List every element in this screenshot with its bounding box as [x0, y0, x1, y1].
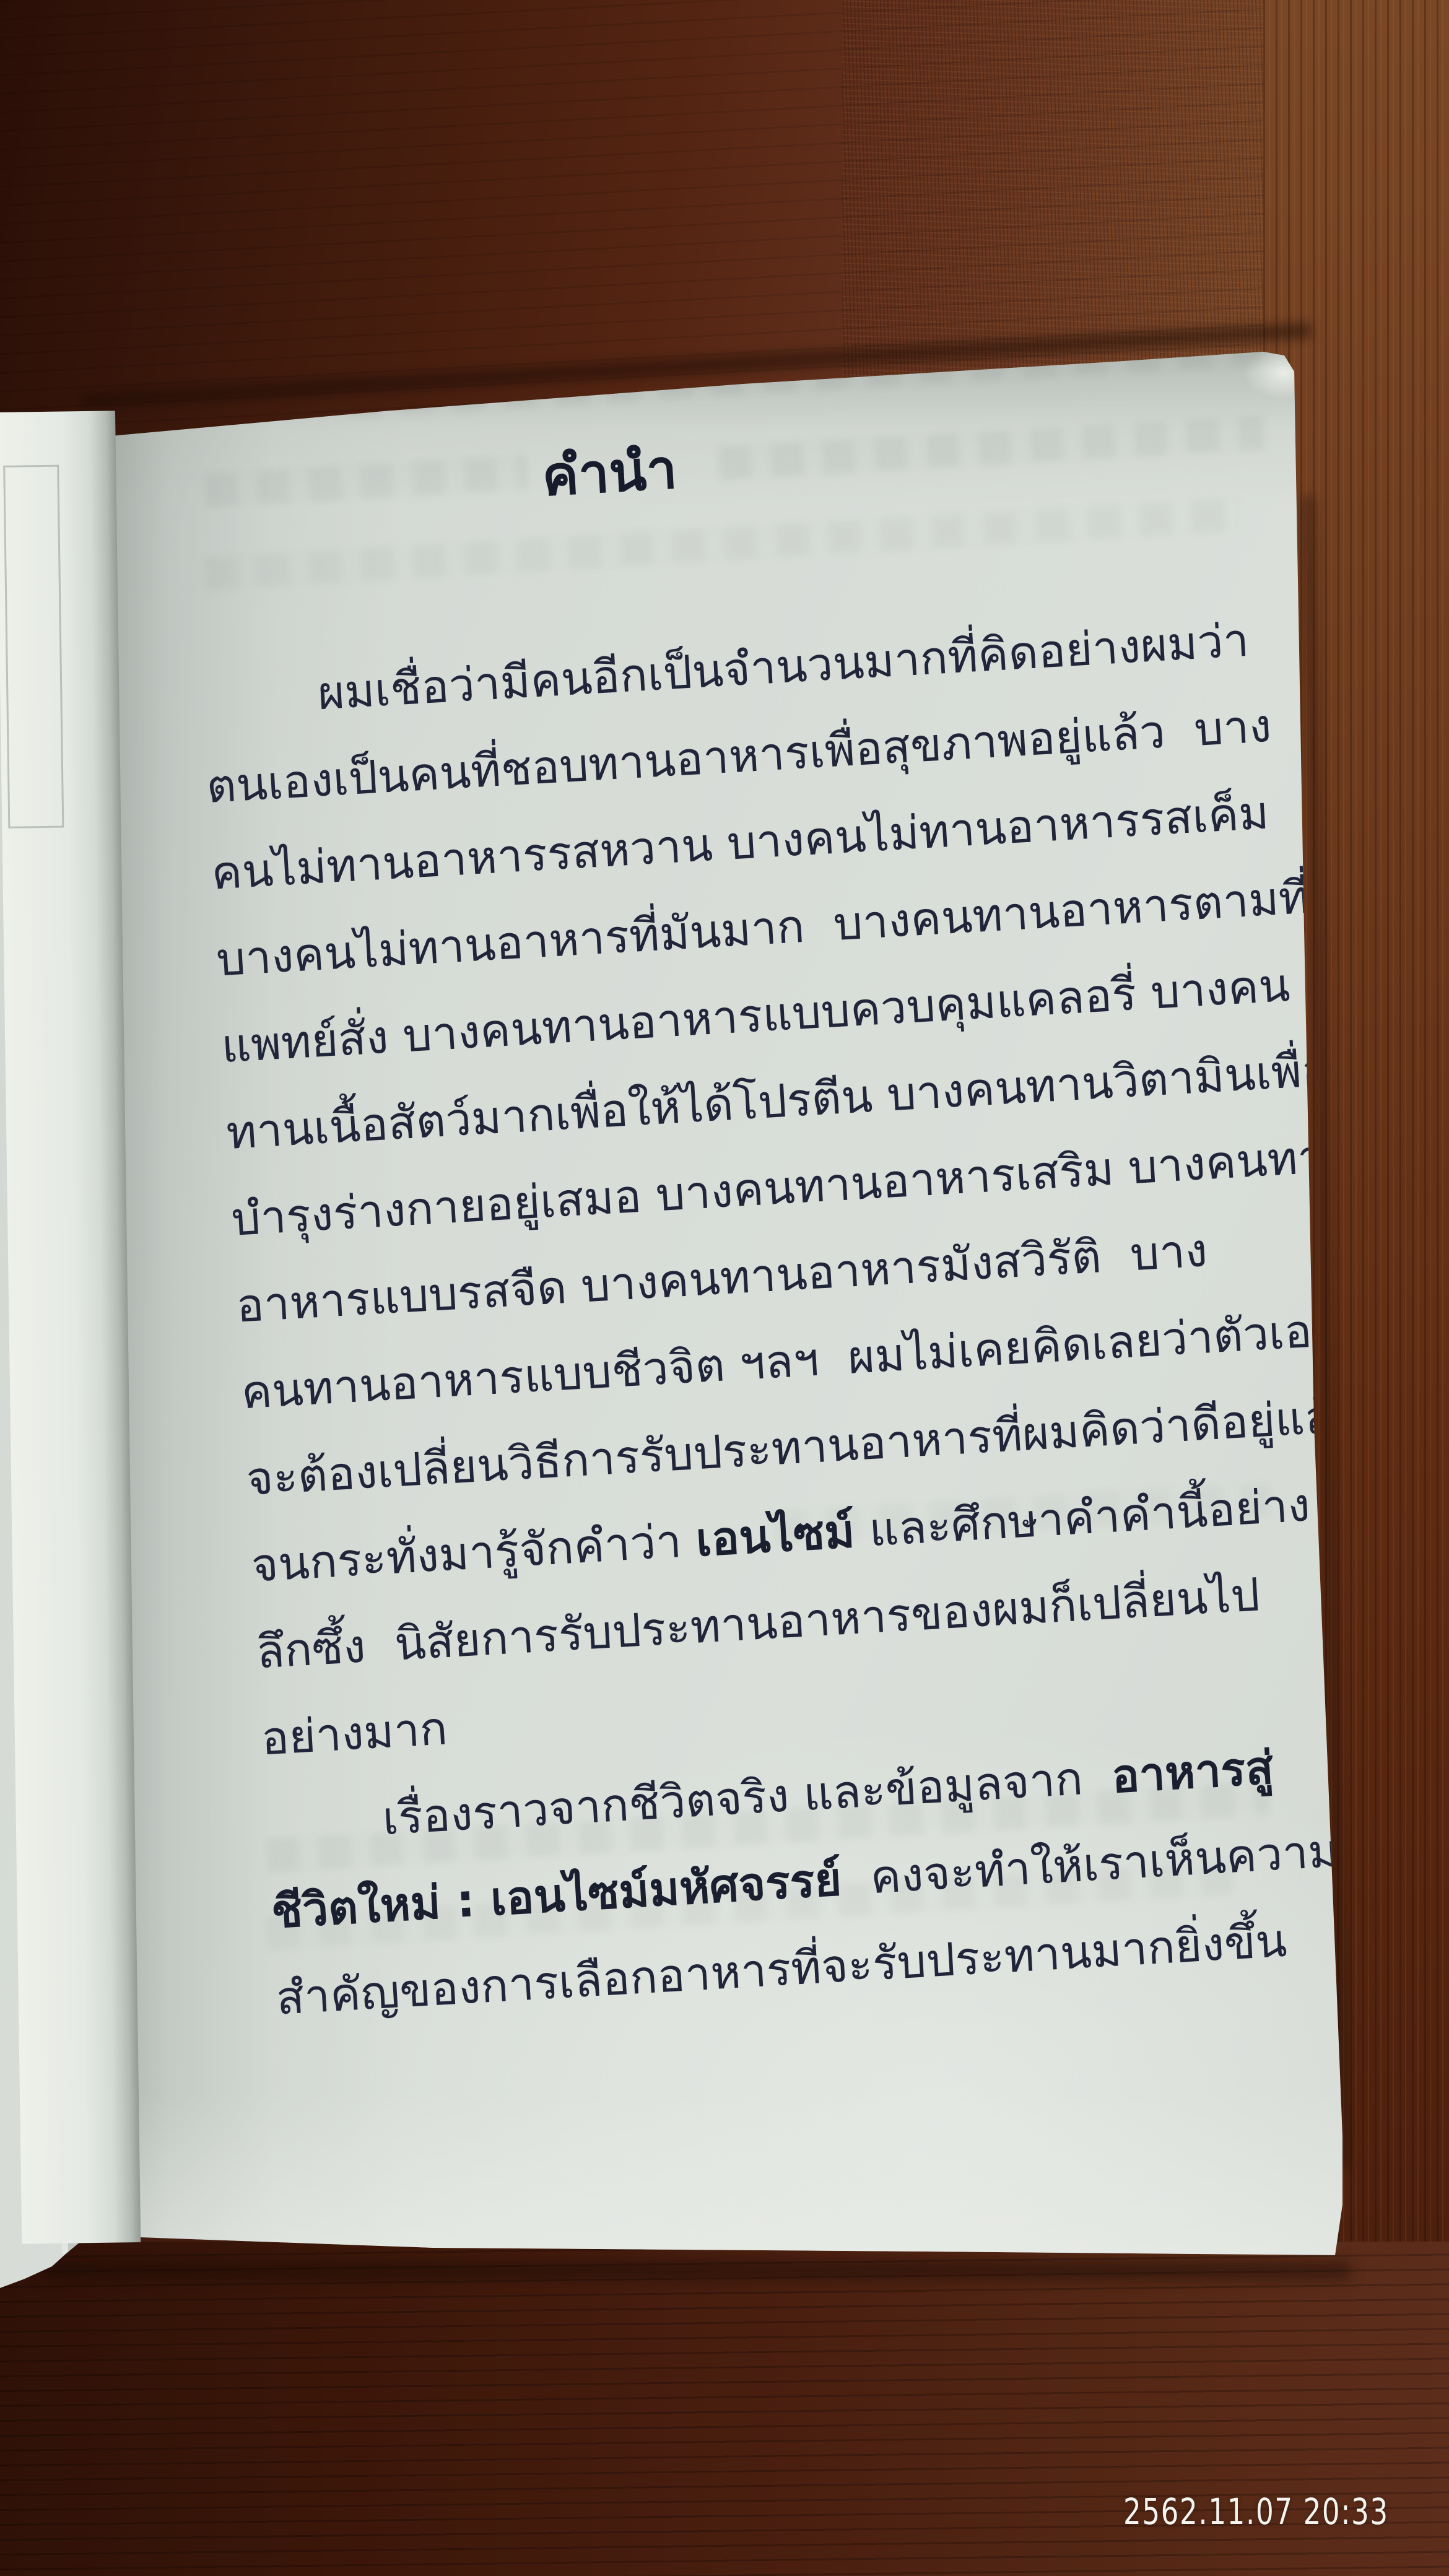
page-title: คำนำ [541, 437, 679, 510]
text-segment: และศึกษาคำคำนี้อย่าง [853, 1478, 1312, 1557]
bold-text-segment: ชีวิตใหม่ : เอนไซม์มหัศจรรย์ [270, 1853, 843, 1939]
photo-of-book-page: คำนำ ผมเชื่อว่ามีคนอีกเป็นจำนวนมากที่คิด… [0, 0, 1449, 2576]
preface-text-block: คำนำ ผมเชื่อว่ามีคนอีกเป็นจำนวนมากที่คิด… [186, 364, 1390, 2221]
camera-timestamp: 2562.11.07 20:33 [1123, 2491, 1389, 2533]
preface-paragraph: ผมเชื่อว่ามีคนอีกเป็นจำนวนมากที่คิดอย่าง… [199, 594, 1364, 1782]
bold-text-segment: อาหารสู่ [1110, 1741, 1275, 1803]
show-through-box-outline [3, 465, 64, 829]
bold-text-segment: เอนไซม์ [694, 1504, 856, 1567]
text-segment: คงจะทำให้เราเห็นความ [840, 1824, 1339, 1905]
page-bottom-shadow [43, 2263, 1350, 2279]
text-segment: อย่างมาก [260, 1702, 449, 1765]
text-segment: จนกระทั่งมารู้จักคำว่า [250, 1513, 698, 1592]
